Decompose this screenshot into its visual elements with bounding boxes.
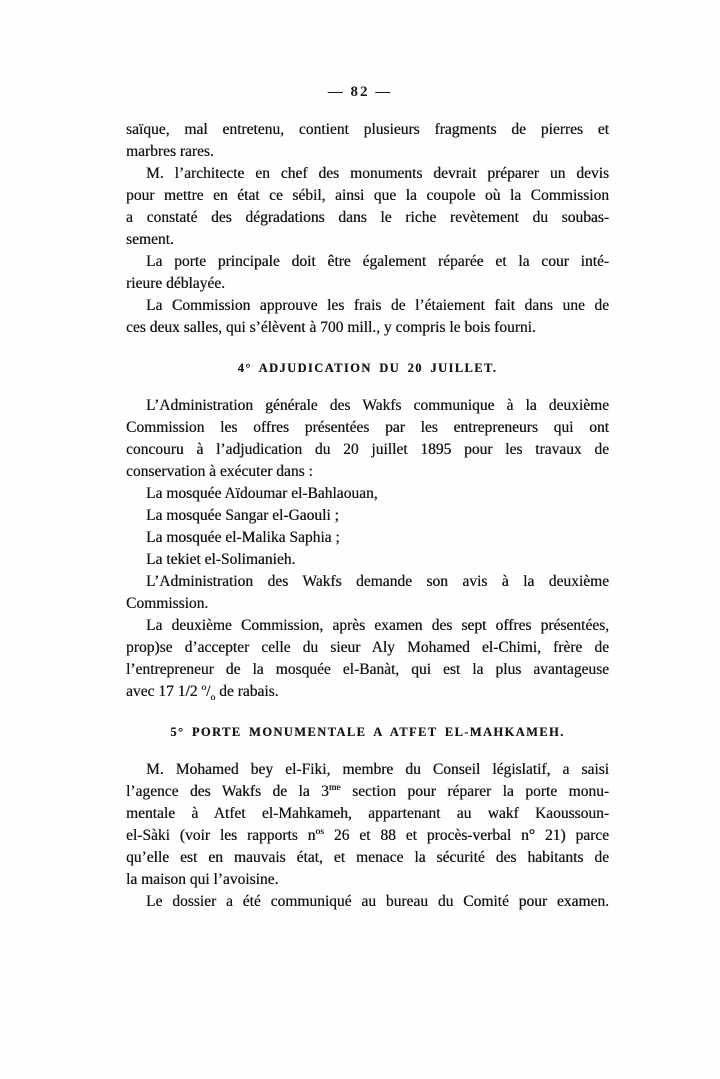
text-line: Commission. (126, 593, 609, 615)
text-line: prop)se d’accepter celle du sieur Aly Mo… (126, 637, 609, 659)
text-line: mentale à Atfet el-Mahkameh, appartenant… (126, 803, 609, 825)
section-heading: 5° PORTE MONUMENTALE A ATFET EL-MAHKAMEH… (126, 721, 609, 743)
text-line: M. Mohamed bey el-Fiki, membre du Consei… (126, 759, 609, 781)
text-line: el-Sàki (voir les rapports nos 26 et 88 … (126, 825, 609, 847)
text-line: qu’elle est en mauvais état, et menace l… (126, 847, 609, 869)
text-line: la maison qui l’avoisine. (126, 869, 609, 891)
text-line: avec 17 1/2 o/o de rabais. (126, 681, 609, 703)
text-line: La mosquée Aïdoumar el-Bahlaouan, (126, 483, 609, 505)
text-line: sement. (126, 229, 609, 251)
text-line: l’agence des Wakfs de la 3me section pou… (126, 781, 609, 803)
text-line: M. l’architecte en chef des monuments de… (126, 163, 609, 185)
text-line: marbres rares. (126, 141, 609, 163)
text-line: La deuxième Commission, après examen des… (126, 615, 609, 637)
text-line: rieure déblayée. (126, 273, 609, 295)
text-line: ces deux salles, qui s’élèvent à 700 mil… (126, 317, 609, 339)
text-line: La tekiet el-Solimanieh. (126, 549, 609, 571)
section-heading: 4° ADJUDICATION DU 20 JUILLET. (126, 357, 609, 379)
text-line: saïque, mal entretenu, contient plusieur… (126, 119, 609, 141)
text-line: pour mettre en état ce sébil, ainsi que … (126, 185, 609, 207)
text-line: l’entrepreneur de la mosquée el-Banàt, q… (126, 659, 609, 681)
text-line: Commission les offres présentées par les… (126, 417, 609, 439)
text-line: a constaté des dégradations dans le rich… (126, 207, 609, 229)
text-line: La mosquée Sangar el-Gaouli ; (126, 505, 609, 527)
text-line: La Commission approuve les frais de l’ét… (126, 295, 609, 317)
text-line: La porte principale doit être également … (126, 251, 609, 273)
text-line: La mosquée el-Malika Saphia ; (126, 527, 609, 549)
text-line: L’Administration générale des Wakfs comm… (126, 395, 609, 417)
scanned-page: — 82 — saïque, mal entretenu, contient p… (0, 0, 720, 1079)
document-body: saïque, mal entretenu, contient plusieur… (126, 119, 609, 913)
text-line: concouru à l’adjudication du 20 juillet … (126, 439, 609, 461)
page-number: — 82 — (0, 84, 720, 101)
text-line: Le dossier a été communiqué au bureau du… (126, 891, 609, 913)
text-line: L’Administration des Wakfs demande son a… (126, 571, 609, 593)
text-line: conservation à exécuter dans : (126, 461, 609, 483)
